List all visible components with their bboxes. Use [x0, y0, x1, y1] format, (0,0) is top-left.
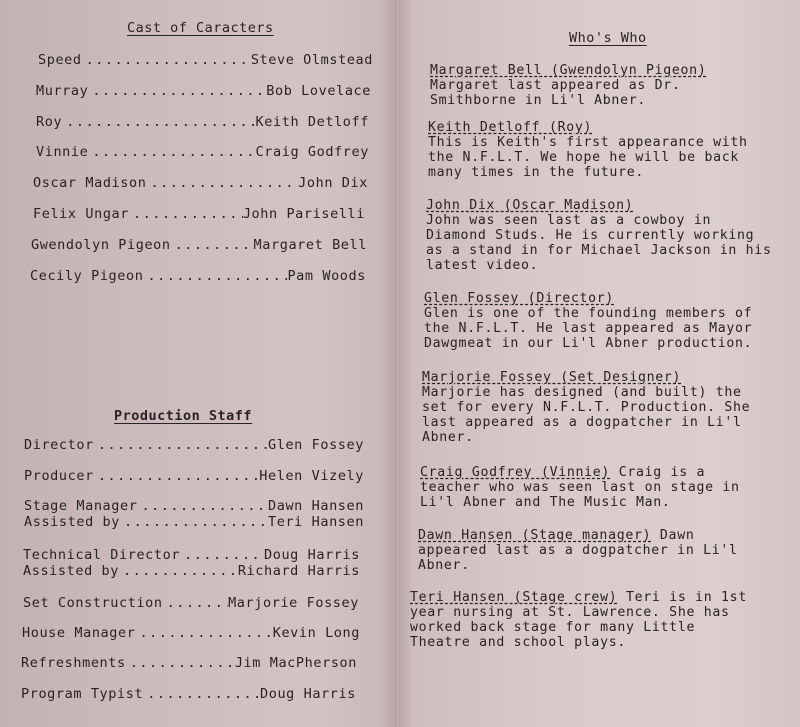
- cast-heading: Cast of Caracters: [127, 20, 274, 36]
- cast-person: Margaret Bell: [254, 237, 367, 253]
- bio-entry: Keith Detloff (Roy) This is Keith's firs…: [428, 120, 798, 180]
- bio-text: Margaret last appeared as Dr. Smithborne…: [430, 78, 681, 108]
- staff-heading: Production Staff: [114, 408, 252, 424]
- cast-row: Roy.....................................…: [36, 114, 369, 130]
- cast-role: Murray: [36, 83, 88, 99]
- cast-row: Vinnie..................................…: [36, 144, 369, 160]
- dot-leader: ........................................…: [119, 563, 238, 579]
- staff-person: Dawn Hansen: [268, 498, 364, 514]
- cast-person: Pam Woods: [287, 268, 366, 284]
- staff-role: Technical Director: [23, 547, 180, 563]
- staff-role: Producer: [24, 468, 94, 484]
- bio-name: Dawn Hansen (Stage manager): [418, 528, 651, 543]
- dot-leader: ........................................…: [135, 625, 272, 641]
- bio-entry: Margaret Bell (Gwendolyn Pigeon) Margare…: [430, 63, 800, 108]
- bio-name: Keith Detloff (Roy): [428, 120, 592, 135]
- staff-row: Stage Manager...........................…: [24, 498, 364, 514]
- cast-person: John Pariselli: [243, 206, 365, 222]
- staff-row: Technical Director......................…: [23, 547, 360, 563]
- staff-row: Program Typist..........................…: [21, 686, 356, 702]
- cast-row: Gwendolyn Pigeon........................…: [31, 237, 367, 253]
- staff-person: Glen Fossey: [268, 437, 364, 453]
- dot-leader: ........................................…: [143, 268, 287, 284]
- bio-text: John was seen last as a cowboy in Diamon…: [426, 213, 772, 273]
- dot-leader: ........................................…: [94, 468, 259, 484]
- cast-row: Murray..................................…: [36, 83, 371, 99]
- cast-row: Felix Ungar.............................…: [33, 206, 365, 222]
- staff-role: Assisted by: [24, 514, 120, 530]
- staff-role: Set Construction: [23, 595, 163, 611]
- staff-person: Richard Harris: [238, 563, 360, 579]
- bio-text: Marjorie has designed (and built) the se…: [422, 385, 750, 445]
- staff-row: Assisted by.............................…: [24, 514, 364, 530]
- bio-entry: Teri Hansen (Stage crew) Teri is in 1st …: [410, 590, 780, 650]
- bio-entry: Craig Godfrey (Vinnie) Craig is a teache…: [420, 465, 790, 510]
- staff-role: Director: [24, 437, 94, 453]
- dot-leader: ........................................…: [120, 514, 268, 530]
- dot-leader: ........................................…: [137, 498, 268, 514]
- cast-role: Gwendolyn Pigeon: [31, 237, 171, 253]
- staff-role: House Manager: [22, 625, 135, 641]
- bio-entry: Marjorie Fossey (Set Designer) Marjorie …: [422, 370, 792, 445]
- dot-leader: ........................................…: [129, 206, 243, 222]
- staff-person: Doug Harris: [260, 686, 356, 702]
- cast-person: Steve Olmstead: [251, 52, 373, 68]
- staff-person: Helen Vizely: [259, 468, 364, 484]
- cast-person: Craig Godfrey: [256, 144, 369, 160]
- staff-row: Director................................…: [24, 437, 364, 453]
- staff-role: Assisted by: [23, 563, 119, 579]
- dot-leader: ........................................…: [94, 437, 268, 453]
- cast-role: Oscar Madison: [33, 175, 146, 191]
- cast-row: Speed...................................…: [38, 52, 373, 68]
- bio-name: John Dix (Oscar Madison): [426, 198, 633, 213]
- bio-name: Glen Fossey (Director): [424, 291, 614, 306]
- cast-role: Cecily Pigeon: [30, 268, 143, 284]
- dot-leader: ........................................…: [163, 595, 228, 611]
- staff-row: Producer................................…: [24, 468, 364, 484]
- cast-role: Speed: [38, 52, 82, 68]
- bio-entry: Dawn Hansen (Stage manager) Dawn appeare…: [418, 528, 788, 573]
- dot-leader: ........................................…: [171, 237, 254, 253]
- dot-leader: ........................................…: [146, 175, 298, 191]
- cast-person: Bob Lovelace: [266, 83, 371, 99]
- bio-text: Glen is one of the founding members of t…: [424, 306, 752, 351]
- dot-leader: ........................................…: [126, 655, 235, 671]
- bio-name: Margaret Bell (Gwendolyn Pigeon): [430, 63, 706, 78]
- staff-row: Refreshments............................…: [21, 655, 357, 671]
- dot-leader: ........................................…: [82, 52, 251, 68]
- staff-row: Set Construction........................…: [23, 595, 359, 611]
- bio-name: Marjorie Fossey (Set Designer): [422, 370, 681, 385]
- staff-row: Assisted by.............................…: [23, 563, 360, 579]
- left-page: Cast of Caracters Speed.................…: [0, 0, 398, 727]
- staff-person: Doug Harris: [264, 547, 360, 563]
- staff-person: Jim MacPherson: [235, 655, 357, 671]
- dot-leader: ........................................…: [88, 83, 266, 99]
- staff-role: Program Typist: [21, 686, 143, 702]
- bio-name: Teri Hansen (Stage crew): [410, 590, 617, 605]
- bio-entry: Glen Fossey (Director) Glen is one of th…: [424, 291, 794, 351]
- bio-entry: John Dix (Oscar Madison) John was seen l…: [426, 198, 796, 273]
- cast-role: Roy: [36, 114, 62, 130]
- bio-name: Craig Godfrey (Vinnie): [420, 465, 610, 480]
- dot-leader: ........................................…: [143, 686, 260, 702]
- dot-leader: ........................................…: [88, 144, 255, 160]
- staff-person: Marjorie Fossey: [228, 595, 359, 611]
- dot-leader: ........................................…: [62, 114, 255, 130]
- staff-row: House Manager...........................…: [22, 625, 360, 641]
- bio-text: This is Keith's first appearance with th…: [428, 135, 748, 180]
- right-page: Who's Who Margaret Bell (Gwendolyn Pigeo…: [398, 0, 800, 727]
- cast-row: Cecily Pigeon...........................…: [30, 268, 366, 284]
- cast-person: John Dix: [298, 175, 368, 191]
- dot-leader: ........................................…: [180, 547, 264, 563]
- whos-who-heading: Who's Who: [569, 30, 647, 46]
- staff-person: Teri Hansen: [268, 514, 364, 530]
- staff-role: Stage Manager: [24, 498, 137, 514]
- staff-person: Kevin Long: [273, 625, 360, 641]
- cast-row: Oscar Madison...........................…: [33, 175, 368, 191]
- cast-role: Vinnie: [36, 144, 88, 160]
- staff-role: Refreshments: [21, 655, 126, 671]
- cast-role: Felix Ungar: [33, 206, 129, 222]
- cast-person: Keith Detloff: [256, 114, 369, 130]
